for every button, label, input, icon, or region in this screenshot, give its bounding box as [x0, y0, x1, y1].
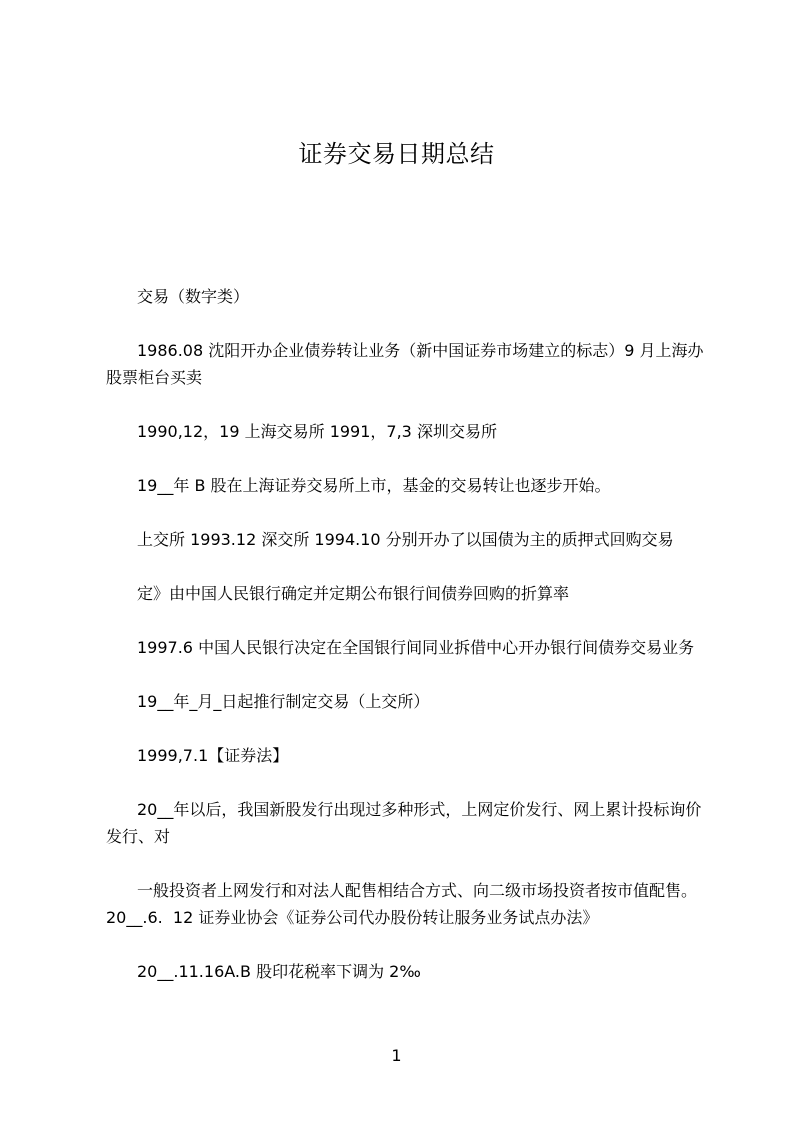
paragraph-line: 20__.6. 12 证券业协会《证券公司代办股份转让服务业务试点办法》: [106, 904, 688, 931]
paragraph: 19__年_月_日起推行制定交易（上交所）: [106, 688, 688, 715]
paragraph-line: 1999,7.1【证券法】: [106, 742, 688, 769]
paragraph-line: 1990,12，19 上海交易所 1991，7,3 深圳交易所: [106, 418, 688, 445]
paragraph: 1997.6 中国人民银行决定在全国银行间同业拆借中心开办银行间债券交易业务: [106, 634, 688, 661]
paragraph-line: 股票柜台买卖: [106, 364, 688, 391]
paragraph: 19__年 B 股在上海证券交易所上市，基金的交易转让也逐步开始。: [106, 472, 688, 499]
paragraph: 一般投资者上网发行和对法人配售相结合方式、向二级市场投资者按市值配售。 20__…: [106, 877, 688, 931]
paragraph-line: 20__.11.16A.B 股印花税率下调为 2‰: [106, 958, 688, 985]
paragraph: 20__.11.16A.B 股印花税率下调为 2‰: [106, 958, 688, 985]
paragraph: 20__年以后，我国新股发行出现过多种形式，上网定价发行、网上累计投标询价 发行…: [106, 796, 688, 850]
paragraph-line: 1997.6 中国人民银行决定在全国银行间同业拆借中心开办银行间债券交易业务: [106, 634, 688, 661]
paragraph-line: 交易（数字类）: [106, 283, 688, 310]
paragraph-line: 发行、对: [106, 823, 688, 850]
paragraph-line: 19__年_月_日起推行制定交易（上交所）: [106, 688, 688, 715]
paragraph-line: 一般投资者上网发行和对法人配售相结合方式、向二级市场投资者按市值配售。: [106, 877, 688, 904]
paragraph: 1990,12，19 上海交易所 1991，7,3 深圳交易所: [106, 418, 688, 445]
paragraph: 交易（数字类）: [106, 283, 688, 310]
paragraph-line: 1986.08 沈阳开办企业债券转让业务（新中国证券市场建立的标志）9 月上海办: [106, 337, 688, 364]
paragraph-line: 20__年以后，我国新股发行出现过多种形式，上网定价发行、网上累计投标询价: [106, 796, 688, 823]
paragraph-line: 定》由中国人民银行确定并定期公布银行间债券回购的折算率: [106, 580, 688, 607]
document-title: 证券交易日期总结: [0, 0, 793, 169]
document-body: 交易（数字类） 1986.08 沈阳开办企业债券转让业务（新中国证券市场建立的标…: [106, 283, 688, 985]
paragraph: 定》由中国人民银行确定并定期公布银行间债券回购的折算率: [106, 580, 688, 607]
document-page: 证券交易日期总结 交易（数字类） 1986.08 沈阳开办企业债券转让业务（新中…: [0, 0, 793, 1122]
paragraph: 上交所 1993.12 深交所 1994.10 分别开办了以国债为主的质押式回购…: [106, 526, 688, 553]
paragraph-line: 19__年 B 股在上海证券交易所上市，基金的交易转让也逐步开始。: [106, 472, 688, 499]
page-number: 1: [0, 1046, 793, 1066]
paragraph-line: 上交所 1993.12 深交所 1994.10 分别开办了以国债为主的质押式回购…: [106, 526, 688, 553]
paragraph: 1986.08 沈阳开办企业债券转让业务（新中国证券市场建立的标志）9 月上海办…: [106, 337, 688, 391]
paragraph: 1999,7.1【证券法】: [106, 742, 688, 769]
